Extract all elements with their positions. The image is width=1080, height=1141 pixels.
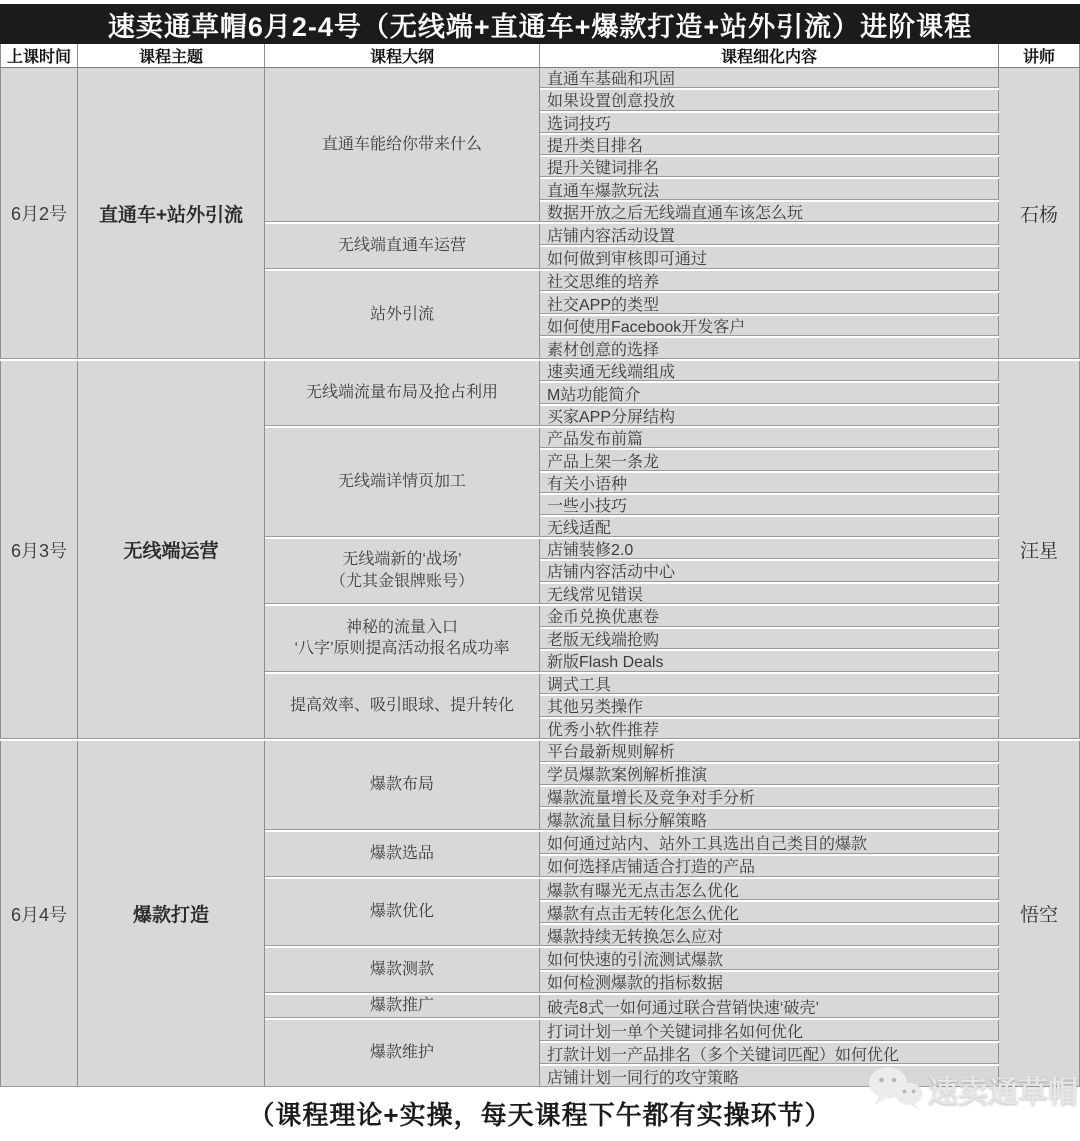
- detail-cell: 产品上架一条龙: [540, 450, 999, 469]
- outline-groups: 爆款布局平台最新规则解析学员爆款案例解析推演爆款流量增长及竞争对手分析爆款流量目…: [265, 741, 999, 1086]
- detail-cell: 直通车爆款玩法: [540, 179, 999, 198]
- detail-list: 金币兑换优惠卷老版无线端抢购新版Flash Deals: [540, 606, 999, 670]
- day-section: 6月2号直通车+站外引流直通车能给你带来什么直通车基础和巩固如果设置创意投放选词…: [0, 68, 1080, 358]
- outline-group: 提高效率、吸引眼球、提升转化调式工具其他另类操作优秀小软件推荐: [265, 674, 999, 738]
- detail-list: 产品发布前篇产品上架一条龙有关小语种一些小技巧无线适配: [540, 428, 999, 535]
- day-topic: 直通车+站外引流: [78, 68, 265, 358]
- detail-cell: 店铺内容活动中心: [540, 561, 999, 580]
- detail-cell: 打款计划一产品排名（多个关键词匹配）如何优化: [540, 1043, 999, 1063]
- day-lecturer: 悟空: [999, 741, 1080, 1086]
- outline-cell: 神秘的流量入口 ‘八字’原则提高活动报名成功率: [265, 606, 540, 670]
- detail-cell: 直通车基础和巩固: [540, 68, 999, 87]
- detail-cell: 新版Flash Deals: [540, 651, 999, 670]
- column-header-course-topic: 课程主题: [78, 44, 265, 68]
- outline-group: 无线端直通车运营店铺内容活动设置如何做到审核即可通过: [265, 224, 999, 268]
- outline-groups: 直通车能给你带来什么直通车基础和巩固如果设置创意投放选词技巧提升类目排名提升关键…: [265, 68, 999, 358]
- detail-cell: 爆款持续无转换怎么应对: [540, 925, 999, 945]
- day-topic: 爆款打造: [78, 741, 265, 1086]
- day-lecturer: 汪星: [999, 361, 1080, 738]
- detail-list: 如何通过站内、站外工具选出自己类目的爆款如何选择店铺适合打造的产品: [540, 832, 999, 876]
- detail-list: 店铺装修2.0店铺内容活动中心无线常见错误: [540, 539, 999, 603]
- outline-cell: 爆款布局: [265, 741, 540, 829]
- day-section: 6月3号无线端运营无线端流量布局及抢占利用速卖通无线端组成M站功能简介买家APP…: [0, 361, 1080, 738]
- outline-cell: 爆款选品: [265, 832, 540, 876]
- outline-group: 爆款测款如何快速的引流测试爆款如何检测爆款的指标数据: [265, 948, 999, 992]
- column-header-class-time: 上课时间: [0, 44, 78, 68]
- outline-cell: 无线端新的‘战场’ （尤其金银牌账号）: [265, 539, 540, 603]
- outline-group: 爆款选品如何通过站内、站外工具选出自己类目的爆款如何选择店铺适合打造的产品: [265, 832, 999, 876]
- detail-cell: 如何快速的引流测试爆款: [540, 948, 999, 969]
- detail-cell: 社交APP的类型: [540, 293, 999, 313]
- detail-cell: 选词技巧: [540, 113, 999, 132]
- detail-cell: 店铺内容活动设置: [540, 224, 999, 244]
- table-body: 6月2号直通车+站外引流直通车能给你带来什么直通车基础和巩固如果设置创意投放选词…: [0, 68, 1080, 1086]
- detail-cell: 平台最新规则解析: [540, 741, 999, 761]
- day-date: 6月4号: [0, 741, 78, 1086]
- column-header-course-detail: 课程细化内容: [540, 44, 999, 68]
- day-section: 6月4号爆款打造爆款布局平台最新规则解析学员爆款案例解析推演爆款流量增长及竞争对…: [0, 741, 1080, 1086]
- footer-note: （课程理论+实操，每天课程下午都有实操环节）: [0, 1086, 1080, 1141]
- outline-group: 爆款推广破壳8式一如何通过联合营销快速‘破壳’: [265, 995, 999, 1017]
- detail-list: 爆款有曝光无点击怎么优化爆款有点击无转化怎么优化爆款持续无转换怎么应对: [540, 879, 999, 945]
- detail-cell: 金币兑换优惠卷: [540, 606, 999, 625]
- detail-cell: 无线适配: [540, 517, 999, 536]
- detail-cell: 如何检测爆款的指标数据: [540, 972, 999, 993]
- table-header: 上课时间 课程主题 课程大纲 课程细化内容 讲师: [0, 44, 1080, 68]
- detail-cell: 店铺计划一同行的攻守策略: [540, 1066, 999, 1086]
- outline-group: 直通车能给你带来什么直通车基础和巩固如果设置创意投放选词技巧提升类目排名提升关键…: [265, 68, 999, 221]
- detail-cell: 爆款有点击无转化怎么优化: [540, 902, 999, 922]
- day-topic: 无线端运营: [78, 361, 265, 738]
- outline-cell: 无线端详情页加工: [265, 428, 540, 535]
- detail-list: 调式工具其他另类操作优秀小软件推荐: [540, 674, 999, 738]
- detail-cell: 如果设置创意投放: [540, 90, 999, 109]
- detail-list: 店铺内容活动设置如何做到审核即可通过: [540, 224, 999, 268]
- detail-cell: 爆款有曝光无点击怎么优化: [540, 879, 999, 899]
- detail-list: 平台最新规则解析学员爆款案例解析推演爆款流量增长及竞争对手分析爆款流量目标分解策…: [540, 741, 999, 829]
- detail-list: 社交思维的培养社交APP的类型如何使用Facebook开发客户素材创意的选择: [540, 271, 999, 358]
- detail-cell: 无线常见错误: [540, 584, 999, 603]
- column-header-lecturer: 讲师: [999, 44, 1080, 68]
- outline-cell: 站外引流: [265, 271, 540, 358]
- detail-cell: 爆款流量增长及竞争对手分析: [540, 787, 999, 807]
- outline-cell: 爆款维护: [265, 1020, 540, 1086]
- detail-cell: 如何做到审核即可通过: [540, 247, 999, 267]
- detail-cell: 如何使用Facebook开发客户: [540, 316, 999, 336]
- outline-cell: 爆款推广: [265, 995, 540, 1017]
- outline-group: 无线端详情页加工产品发布前篇产品上架一条龙有关小语种一些小技巧无线适配: [265, 428, 999, 535]
- outline-group: 无线端新的‘战场’ （尤其金银牌账号）店铺装修2.0店铺内容活动中心无线常见错误: [265, 539, 999, 603]
- outline-group: 神秘的流量入口 ‘八字’原则提高活动报名成功率金币兑换优惠卷老版无线端抢购新版F…: [265, 606, 999, 670]
- detail-cell: 如何选择店铺适合打造的产品: [540, 856, 999, 877]
- detail-cell: 打词计划一单个关键词排名如何优化: [540, 1020, 999, 1040]
- detail-list: 破壳8式一如何通过联合营销快速‘破壳’: [540, 995, 999, 1017]
- outline-cell: 无线端流量布局及抢占利用: [265, 361, 540, 425]
- outline-group: 爆款维护打词计划一单个关键词排名如何优化打款计划一产品排名（多个关键词匹配）如何…: [265, 1020, 999, 1086]
- detail-cell: 速卖通无线端组成: [540, 361, 999, 380]
- outline-cell: 爆款测款: [265, 948, 540, 992]
- detail-cell: 素材创意的选择: [540, 338, 999, 358]
- detail-cell: 调式工具: [540, 674, 999, 693]
- day-lecturer: 石杨: [999, 68, 1080, 358]
- outline-group: 爆款优化爆款有曝光无点击怎么优化爆款有点击无转化怎么优化爆款持续无转换怎么应对: [265, 879, 999, 945]
- page-title: 速卖通草帽6月2-4号（无线端+直通车+爆款打造+站外引流）进阶课程: [108, 5, 972, 44]
- detail-cell: 一些小技巧: [540, 495, 999, 514]
- detail-cell: 产品发布前篇: [540, 428, 999, 447]
- detail-cell: M站功能简介: [540, 383, 999, 402]
- outline-cell: 直通车能给你带来什么: [265, 68, 540, 221]
- detail-list: 如何快速的引流测试爆款如何检测爆款的指标数据: [540, 948, 999, 992]
- detail-cell: 爆款流量目标分解策略: [540, 809, 999, 829]
- detail-cell: 学员爆款案例解析推演: [540, 764, 999, 784]
- detail-list: 速卖通无线端组成M站功能简介买家APP分屏结构: [540, 361, 999, 425]
- outline-cell: 爆款优化: [265, 879, 540, 945]
- detail-cell: 提升关键词排名: [540, 157, 999, 176]
- detail-cell: 其他另类操作: [540, 696, 999, 715]
- day-date: 6月2号: [0, 68, 78, 358]
- column-header-course-outline: 课程大纲: [265, 44, 540, 68]
- detail-cell: 店铺装修2.0: [540, 539, 999, 558]
- detail-cell: 破壳8式一如何通过联合营销快速‘破壳’: [540, 995, 999, 1017]
- detail-cell: 有关小语种: [540, 473, 999, 492]
- title-bar: 速卖通草帽6月2-4号（无线端+直通车+爆款打造+站外引流）进阶课程: [0, 4, 1080, 44]
- outline-group: 无线端流量布局及抢占利用速卖通无线端组成M站功能简介买家APP分屏结构: [265, 361, 999, 425]
- outline-group: 站外引流社交思维的培养社交APP的类型如何使用Facebook开发客户素材创意的…: [265, 271, 999, 358]
- outline-cell: 无线端直通车运营: [265, 224, 540, 268]
- detail-cell: 提升类目排名: [540, 135, 999, 154]
- outline-group: 爆款布局平台最新规则解析学员爆款案例解析推演爆款流量增长及竞争对手分析爆款流量目…: [265, 741, 999, 829]
- detail-cell: 如何通过站内、站外工具选出自己类目的爆款: [540, 832, 999, 853]
- detail-list: 直通车基础和巩固如果设置创意投放选词技巧提升类目排名提升关键词排名直通车爆款玩法…: [540, 68, 999, 221]
- detail-cell: 老版无线端抢购: [540, 629, 999, 648]
- outline-cell: 提高效率、吸引眼球、提升转化: [265, 674, 540, 738]
- outline-groups: 无线端流量布局及抢占利用速卖通无线端组成M站功能简介买家APP分屏结构无线端详情…: [265, 361, 999, 738]
- day-date: 6月3号: [0, 361, 78, 738]
- detail-cell: 买家APP分屏结构: [540, 406, 999, 425]
- detail-cell: 优秀小软件推荐: [540, 719, 999, 738]
- detail-list: 打词计划一单个关键词排名如何优化打款计划一产品排名（多个关键词匹配）如何优化店铺…: [540, 1020, 999, 1086]
- detail-cell: 社交思维的培养: [540, 271, 999, 291]
- detail-cell: 数据开放之后无线端直通车该怎么玩: [540, 202, 999, 221]
